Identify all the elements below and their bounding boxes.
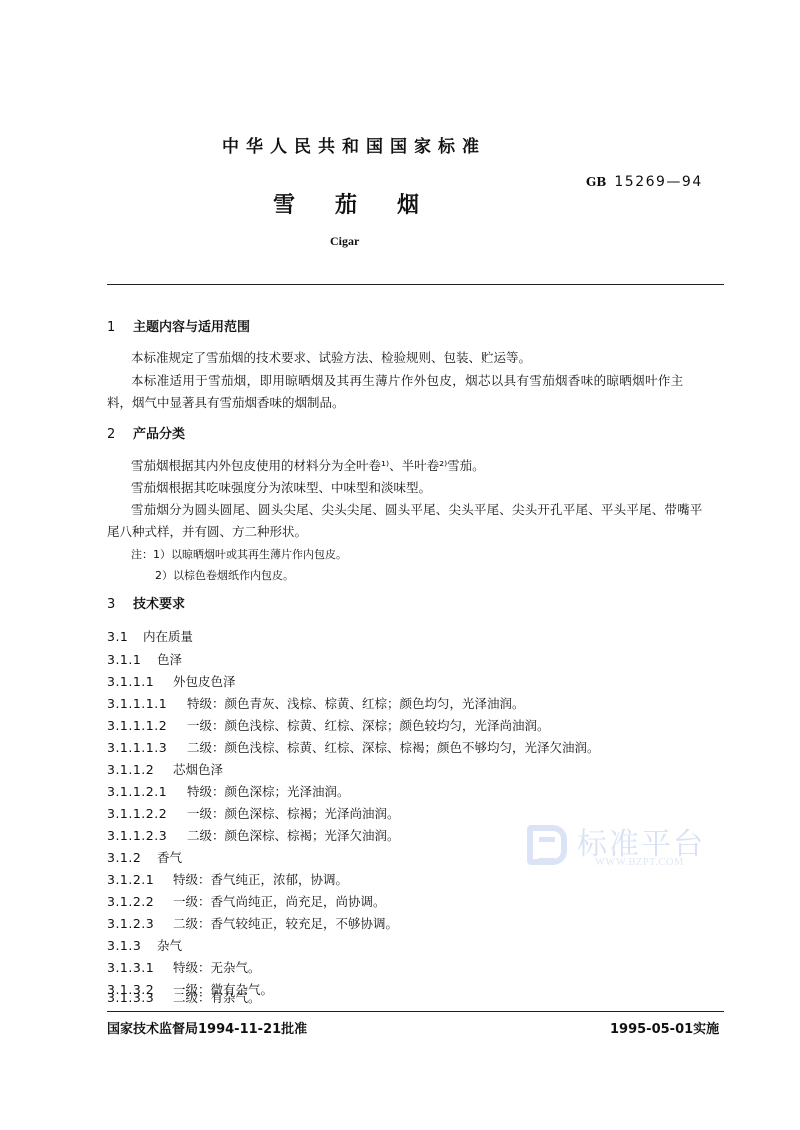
clause-number: 3.1.3.1: [107, 958, 173, 978]
english-title: Cigar: [330, 234, 359, 249]
clause-number: 3.1: [107, 627, 143, 647]
section-number: 3: [107, 595, 133, 615]
clause: 3.1.1.1.1特级：颜色青灰、浅棕、棕黄、红棕；颜色均匀，光泽油润。: [107, 694, 525, 714]
section-2-paragraph-1: 雪茄烟根据其内外包皮使用的材料分为全叶卷¹⁾、半叶卷²⁾雪茄。: [131, 456, 485, 476]
gb-standard-code: GB15269—94: [586, 174, 703, 190]
title-char: 雪: [273, 188, 335, 219]
clause-text: 特级：无杂气。: [173, 960, 261, 975]
clause: 3.1.2香气: [107, 848, 182, 868]
section-1-paragraph-2-line-2: 料，烟气中显著具有雪茄烟香味的烟制品。: [107, 393, 345, 413]
clause-number: 3.1.1.2: [107, 760, 173, 780]
clause: 3.1.2.1特级：香气纯正，浓郁，协调。: [107, 870, 348, 890]
clause-text: 杂气: [157, 938, 182, 953]
section-2-paragraph-3-line-2: 尾八种式样，并有圆、方二种形状。: [107, 522, 307, 542]
section-1-heading: 1主题内容与适用范围: [107, 318, 250, 338]
clause: 3.1.1.1外包皮色泽: [107, 672, 236, 692]
clause: 3.1.1.1.3二级：颜色浅棕、棕黄、红棕、深棕、棕褐；颜色不够均匀，光泽欠油…: [107, 738, 600, 758]
clause-number: 3.1.2.3: [107, 914, 173, 934]
clause: 3.1.3杂气: [107, 936, 182, 956]
section-3-heading: 3技术要求: [107, 595, 185, 615]
section-1-paragraph-2-line-1: 本标准适用于雪茄烟，即用晾晒烟及其再生薄片作外包皮，烟芯以具有雪茄烟香味的晾晒烟…: [131, 371, 684, 391]
clause-text: 二级：颜色深棕、棕褐；光泽欠油润。: [187, 828, 400, 843]
clause: 3.1内在质量: [107, 627, 193, 647]
clause-text: 二级：香气较纯正，较充足，不够协调。: [173, 916, 398, 931]
clause-text: 香气: [157, 850, 182, 865]
bzpt-logo-icon: [527, 825, 567, 865]
section-number: 1: [107, 318, 133, 338]
clause-number: 3.1.3: [107, 936, 157, 956]
clause: 3.1.1.2.2一级：颜色深棕、棕褐；光泽尚油润。: [107, 804, 400, 824]
clause-number: 3.1.1.1.2: [107, 716, 187, 736]
section-2-heading: 2产品分类: [107, 425, 185, 445]
header-divider: [107, 284, 724, 285]
clause-text: 二级：有杂气。: [173, 990, 261, 1005]
standard-type-heading: 中华人民共和国国家标准: [222, 132, 486, 157]
section-2-paragraph-3-line-1: 雪茄烟分为圆头圆尾、圆头尖尾、尖头尖尾、圆头平尾、尖头平尾、尖头开孔平尾、平头平…: [131, 500, 703, 520]
clause-text: 一级：颜色深棕、棕褐；光泽尚油润。: [187, 806, 400, 821]
title-char: 茄: [335, 188, 397, 219]
gb-prefix: GB: [586, 175, 606, 189]
clause: 3.1.1色泽: [107, 650, 182, 670]
section-title: 产品分类: [133, 427, 185, 442]
document-title: 雪茄烟: [273, 188, 459, 219]
clause-text: 特级：颜色深棕；光泽油润。: [187, 784, 350, 799]
section-title: 技术要求: [133, 597, 185, 612]
section-number: 2: [107, 425, 133, 445]
clause-text: 外包皮色泽: [173, 674, 236, 689]
clause-number: 3.1.1: [107, 650, 157, 670]
clause-number: 3.1.1.2.2: [107, 804, 187, 824]
section-1-paragraph-1: 本标准规定了雪茄烟的技术要求、试验方法、检验规则、包装、贮运等。: [131, 348, 531, 368]
clause-number: 3.1.2.1: [107, 870, 173, 890]
clause-number: 3.1.1.1: [107, 672, 173, 692]
clause-number: 3.1.2.2: [107, 892, 173, 912]
footer-divider: [107, 1011, 724, 1012]
gb-number: 15269—94: [614, 174, 702, 190]
clause-number: 3.1.1.1.3: [107, 738, 187, 758]
section-2-note-1: 注：1）以晾晒烟叶或其再生薄片作内包皮。: [131, 545, 347, 565]
effective-date: 1995-05-01实施: [610, 1018, 719, 1037]
clause-text: 一级：颜色浅棕、棕黄、红棕、深棕；颜色较均匀，光泽尚油润。: [187, 718, 550, 733]
clause-text: 特级：颜色青灰、浅棕、棕黄、红棕；颜色均匀，光泽油润。: [187, 696, 525, 711]
clause: 3.1.1.2.3二级：颜色深棕、棕褐；光泽欠油润。: [107, 826, 400, 846]
clause: 3.1.1.1.2一级：颜色浅棕、棕黄、红棕、深棕；颜色较均匀，光泽尚油润。: [107, 716, 550, 736]
clause: 3.1.1.2芯烟色泽: [107, 760, 223, 780]
section-title: 主题内容与适用范围: [133, 320, 250, 335]
clause: 3.1.3.3二级：有杂气。: [107, 988, 261, 1008]
clause-text: 色泽: [157, 652, 182, 667]
clause: 3.1.3.1特级：无杂气。: [107, 958, 261, 978]
clause-text: 二级：颜色浅棕、棕黄、红棕、深棕、棕褐；颜色不够均匀，光泽欠油润。: [187, 740, 600, 755]
clause-text: 内在质量: [143, 629, 193, 644]
clause-text: 芯烟色泽: [173, 762, 223, 777]
watermark-url: WWW.BZPT.COM: [595, 857, 684, 868]
clause-number: 3.1.3.3: [107, 988, 173, 1008]
clause: 3.1.1.2.1特级：颜色深棕；光泽油润。: [107, 782, 350, 802]
clause-text: 特级：香气纯正，浓郁，协调。: [173, 872, 348, 887]
clause-number: 3.1.2: [107, 848, 157, 868]
clause: 3.1.2.3二级：香气较纯正，较充足，不够协调。: [107, 914, 398, 934]
clause: 3.1.2.2一级：香气尚纯正，尚充足，尚协调。: [107, 892, 386, 912]
clause-number: 3.1.1.2.1: [107, 782, 187, 802]
approval-date: 国家技术监督局1994-11-21批准: [107, 1018, 307, 1037]
section-2-note-2: 2）以棕色卷烟纸作内包皮。: [155, 566, 294, 586]
clause-number: 3.1.1.1.1: [107, 694, 187, 714]
section-2-paragraph-2: 雪茄烟根据其吃味强度分为浓味型、中味型和淡味型。: [131, 478, 431, 498]
title-char: 烟: [397, 188, 459, 219]
clause-number: 3.1.1.2.3: [107, 826, 187, 846]
clause-text: 一级：香气尚纯正，尚充足，尚协调。: [173, 894, 386, 909]
